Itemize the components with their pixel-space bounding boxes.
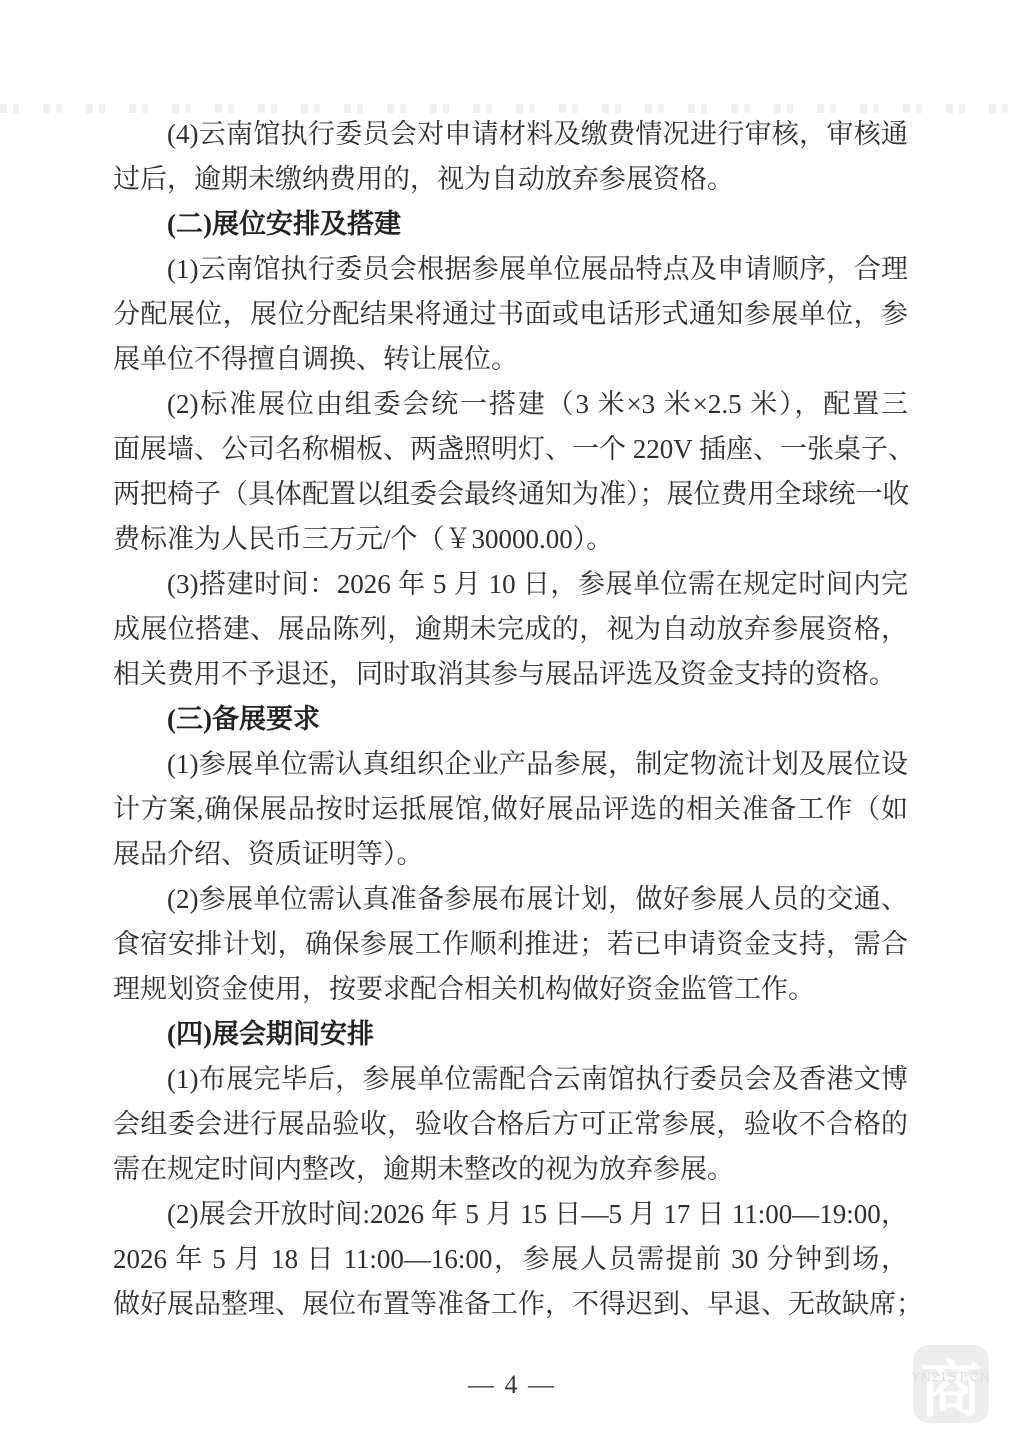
text-line: 费标准为人民币三万元/个（￥30000.00）。: [113, 517, 908, 562]
heading-line: (三)备展要求: [113, 697, 908, 742]
paragraph: (2)参展单位需认真准备参展布展计划，做好参展人员的交通、食宿安排计划，确保参展…: [113, 877, 908, 1012]
text-line: 理规划资金使用，按要求配合相关机构做好资金监管工作。: [113, 967, 908, 1012]
text-line: 相关费用不予退还，同时取消其参与展品评选及资金支持的资格。: [113, 652, 908, 697]
text-line: 成展位搭建、展品陈列，逾期未完成的，视为自动放弃参展资格，: [113, 607, 908, 652]
watermark-text: YN21ST.CN: [899, 1369, 1003, 1384]
text-line: (4)云南馆执行委员会对申请材料及缴费情况进行审核，审核通: [113, 112, 908, 157]
paragraph: (1)参展单位需认真组织企业产品参展，制定物流计划及展位设计方案,确保展品按时运…: [113, 742, 908, 877]
section-heading: (三)备展要求: [113, 697, 908, 742]
section-heading: (二)展位安排及搭建: [113, 202, 908, 247]
paragraph: (2)标准展位由组委会统一搭建（3 米×3 米×2.5 米），配置三面展墙、公司…: [113, 382, 908, 562]
heading-line: (二)展位安排及搭建: [113, 202, 908, 247]
watermark-badge: 商 YN21ST.CN: [913, 1345, 989, 1423]
text-line: (2)参展单位需认真准备参展布展计划，做好参展人员的交通、: [113, 877, 908, 922]
text-line: (1)布展完毕后，参展单位需配合云南馆执行委员会及香港文博: [113, 1057, 908, 1102]
text-line: 会组委会进行展品验收，验收合格后方可正常参展，验收不合格的: [113, 1102, 908, 1147]
text-line: 2026 年 5 月 18 日 11:00—16:00，参展人员需提前 30 分…: [113, 1237, 908, 1282]
text-line: (2)标准展位由组委会统一搭建（3 米×3 米×2.5 米），配置三: [113, 382, 908, 427]
text-line: (3)搭建时间：2026 年 5 月 10 日，参展单位需在规定时间内完: [113, 562, 908, 607]
heading-line: (四)展会期间安排: [113, 1012, 908, 1057]
paragraph: (4)云南馆执行委员会对申请材料及缴费情况进行审核，审核通过后，逾期未缴纳费用的…: [113, 112, 908, 202]
text-line: 展品介绍、资质证明等）。: [113, 832, 908, 877]
text-line: 计方案,确保展品按时运抵展馆,做好展品评选的相关准备工作（如: [113, 787, 908, 832]
shang-character-logo-icon: 商: [913, 1345, 989, 1423]
paragraph: (1)布展完毕后，参展单位需配合云南馆执行委员会及香港文博会组委会进行展品验收，…: [113, 1057, 908, 1192]
text-line: 需在规定时间内整改，逾期未整改的视为放弃参展。: [113, 1147, 908, 1192]
text-line: (1)云南馆执行委员会根据参展单位展品特点及申请顺序，合理: [113, 247, 908, 292]
text-block: (4)云南馆执行委员会对申请材料及缴费情况进行审核，审核通过后，逾期未缴纳费用的…: [113, 112, 908, 1327]
text-line: 分配展位，展位分配结果将通过书面或电话形式通知参展单位，参: [113, 292, 908, 337]
text-line: (2)展会开放时间:2026 年 5 月 15 日—5 月 17 日 11:00…: [113, 1192, 908, 1237]
text-line: 面展墙、公司名称楣板、两盏照明灯、一个 220V 插座、一张桌子、: [113, 427, 908, 472]
text-line: (1)参展单位需认真组织企业产品参展，制定物流计划及展位设: [113, 742, 908, 787]
section-heading: (四)展会期间安排: [113, 1012, 908, 1057]
text-line: 食宿安排计划，确保参展工作顺利推进；若已申请资金支持，需合: [113, 922, 908, 967]
text-line: 做好展品整理、展位布置等准备工作，不得迟到、早退、无故缺席；: [113, 1282, 908, 1327]
paragraph: (1)云南馆执行委员会根据参展单位展品特点及申请顺序，合理分配展位，展位分配结果…: [113, 247, 908, 382]
text-line: 展单位不得擅自调换、转让展位。: [113, 337, 908, 382]
text-line: 过后，逾期未缴纳费用的，视为自动放弃参展资格。: [113, 157, 908, 202]
document-page: { "page": { "number_label": "— 4 —" }, "…: [0, 0, 1024, 1448]
page-number: — 4 —: [0, 1368, 1024, 1402]
text-line: 两把椅子（具体配置以组委会最终通知为准）；展位费用全球统一收: [113, 472, 908, 517]
paragraph: (2)展会开放时间:2026 年 5 月 15 日—5 月 17 日 11:00…: [113, 1192, 908, 1327]
paragraph: (3)搭建时间：2026 年 5 月 10 日，参展单位需在规定时间内完成展位搭…: [113, 562, 908, 697]
